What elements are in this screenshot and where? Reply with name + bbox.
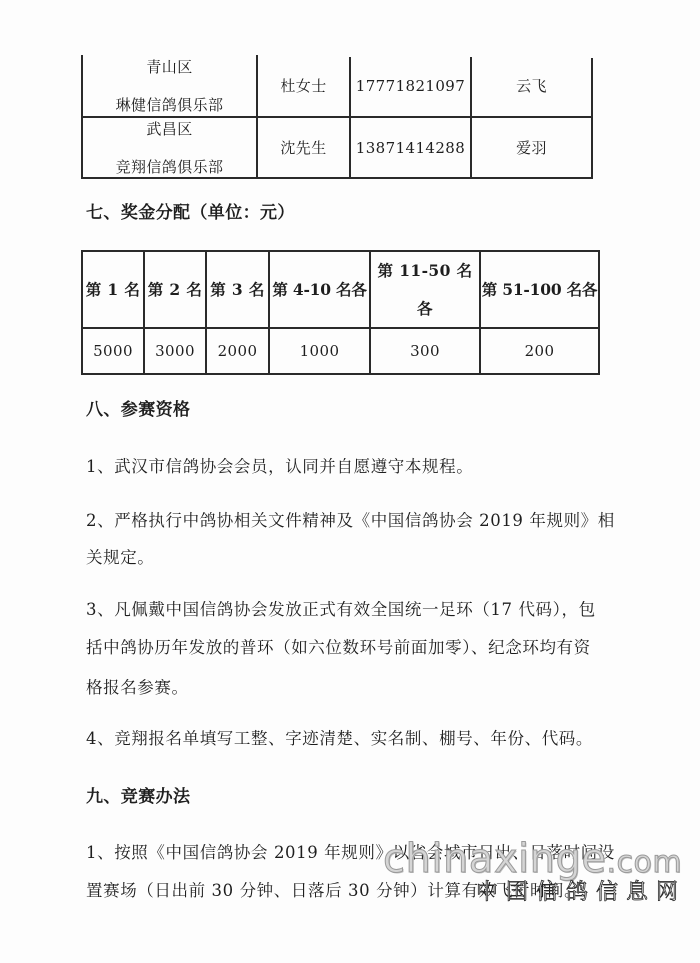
club-name: 竞翔信鸽俱乐部 xyxy=(116,157,224,177)
contact-cell: 杜女士 xyxy=(258,55,349,116)
table-border xyxy=(591,58,593,179)
loft-name: 爱羽 xyxy=(516,138,547,158)
header-cell-2nd: 第 2 名 xyxy=(145,252,205,327)
prize-value: 200 xyxy=(481,329,598,373)
paragraph-line: 3、凡佩戴中国信鸽协会发放正式有效全国统一足环（17 代码），包 xyxy=(86,600,596,620)
club-cell: 武昌区 竞翔信鸽俱乐部 xyxy=(83,118,256,177)
contact-name: 杜女士 xyxy=(280,76,326,96)
watermark-tld: .com xyxy=(606,845,682,880)
prize-value: 2000 xyxy=(207,329,268,373)
contact-cell: 沈先生 xyxy=(258,118,349,177)
header-cell-4-10: 第 4-10 名各 xyxy=(270,252,369,327)
section-heading: 八、参赛资格 xyxy=(86,400,190,420)
paragraph-line: 格报名参赛。 xyxy=(86,678,189,698)
contact-name: 沈先生 xyxy=(280,138,326,158)
paragraph-line: 括中鸽协历年发放的普环（如六位数环号前面加零）、纪念环均有资 xyxy=(86,638,591,658)
watermark-site: chinaxinge xyxy=(383,836,606,882)
district-name: 武昌区 xyxy=(146,119,192,139)
phone-number: 13871414288 xyxy=(356,138,465,158)
paragraph-line: 关规定。 xyxy=(86,548,154,568)
table-border xyxy=(81,177,593,179)
district-name: 青山区 xyxy=(146,57,192,77)
loft-cell: 爱羽 xyxy=(472,118,591,177)
phone-cell: 17771821097 xyxy=(351,55,470,116)
header-cell-1st: 第 1 名 xyxy=(83,252,143,327)
prize-value: 300 xyxy=(371,329,479,373)
table-border xyxy=(81,373,600,375)
paragraph-line: 1、武汉市信鸽协会会员，认同并自愿遵守本规程。 xyxy=(86,457,473,477)
club-cell: 青山区 琳健信鸽俱乐部 xyxy=(83,55,256,116)
loft-cell: 云飞 xyxy=(472,55,591,116)
table-border xyxy=(598,250,600,375)
prize-value: 3000 xyxy=(145,329,205,373)
phone-number: 17771821097 xyxy=(356,76,465,96)
loft-name: 云飞 xyxy=(516,76,547,96)
paragraph-line: 2、严格执行中鸽协相关文件精神及《中国信鸽协会 2019 年规则》相 xyxy=(86,511,615,531)
header-cell-51-100: 第 51-100 名各 xyxy=(481,252,598,327)
prize-value: 1000 xyxy=(270,329,369,373)
paragraph-line: 4、竞翔报名单填写工整、字迹清楚、实名制、棚号、年份、代码。 xyxy=(86,729,593,749)
watermark-logo: chinaxinge.com xyxy=(383,836,682,886)
club-name: 琳健信鸽俱乐部 xyxy=(116,95,224,115)
header-cell-11-50: 第 11-50 名 各 xyxy=(371,252,479,327)
phone-cell: 13871414288 xyxy=(351,118,470,177)
prize-value: 5000 xyxy=(83,329,143,373)
section-heading: 九、竞赛办法 xyxy=(86,787,190,807)
section-heading: 七、奖金分配（单位：元） xyxy=(86,203,295,223)
header-cell-3rd: 第 3 名 xyxy=(207,252,268,327)
watermark-name: 中国信鸽信息网 xyxy=(476,880,686,906)
